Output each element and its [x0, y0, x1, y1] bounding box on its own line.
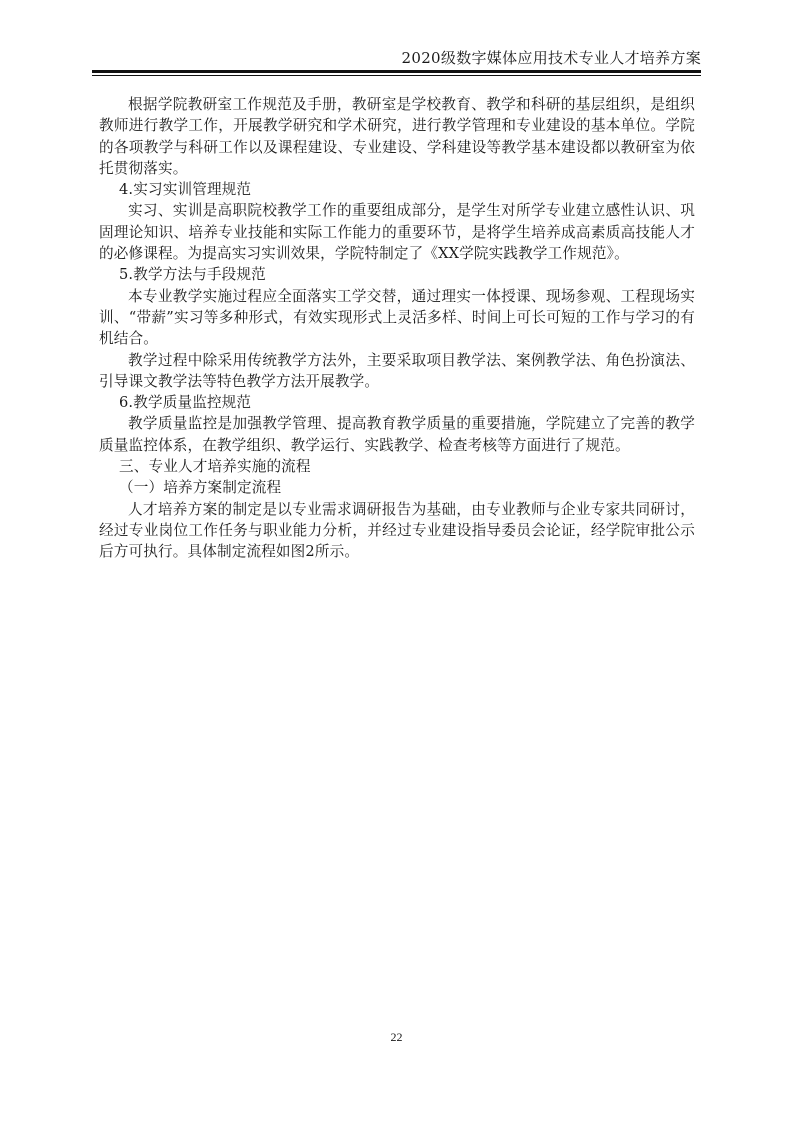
paragraph-internship: 实习、实训是高职院校教学工作的重要组成部分，是学生对所学专业建立感性认识、巩固理… — [99, 200, 695, 264]
header-rule-thin — [92, 75, 701, 76]
heading-internship-standards: 4.实习实训管理规范 — [99, 179, 695, 200]
section-heading-process: 三、专业人才培养实施的流程 — [99, 456, 695, 477]
paragraph-plan-process: 人才培养方案的制定是以专业需求调研报告为基础，由专业教师与企业专家共同研讨，经过… — [99, 499, 695, 563]
heading-teaching-methods: 5.教学方法与手段规范 — [99, 264, 695, 285]
subsection-heading-plan-process: （一）培养方案制定流程 — [99, 477, 695, 498]
running-header: 2020级数字媒体应用技术专业人才培养方案 — [92, 48, 701, 68]
header-rule-thick — [92, 70, 701, 73]
paragraph-quality-monitoring: 教学质量监控是加强教学管理、提高教育教学质量的重要措施，学院建立了完善的教学质量… — [99, 413, 695, 456]
paragraph-teaching-office: 根据学院教研室工作规范及手册，教研室是学校教育、教学和科研的基层组织，是组织教师… — [99, 94, 695, 179]
page-body: 根据学院教研室工作规范及手册，教研室是学校教育、教学和科研的基层组织，是组织教师… — [99, 94, 695, 563]
paragraph-teaching-methods: 教学过程中除采用传统教学方法外，主要采取项目教学法、案例教学法、角色扮演法、引导… — [99, 350, 695, 393]
paragraph-work-study: 本专业教学实施过程应全面落实工学交替，通过理实一体授课、现场参观、工程现场实训、… — [99, 286, 695, 350]
header-double-rule — [92, 70, 701, 77]
heading-quality-monitoring: 6.教学质量监控规范 — [99, 392, 695, 413]
page-number: 22 — [0, 1030, 793, 1045]
